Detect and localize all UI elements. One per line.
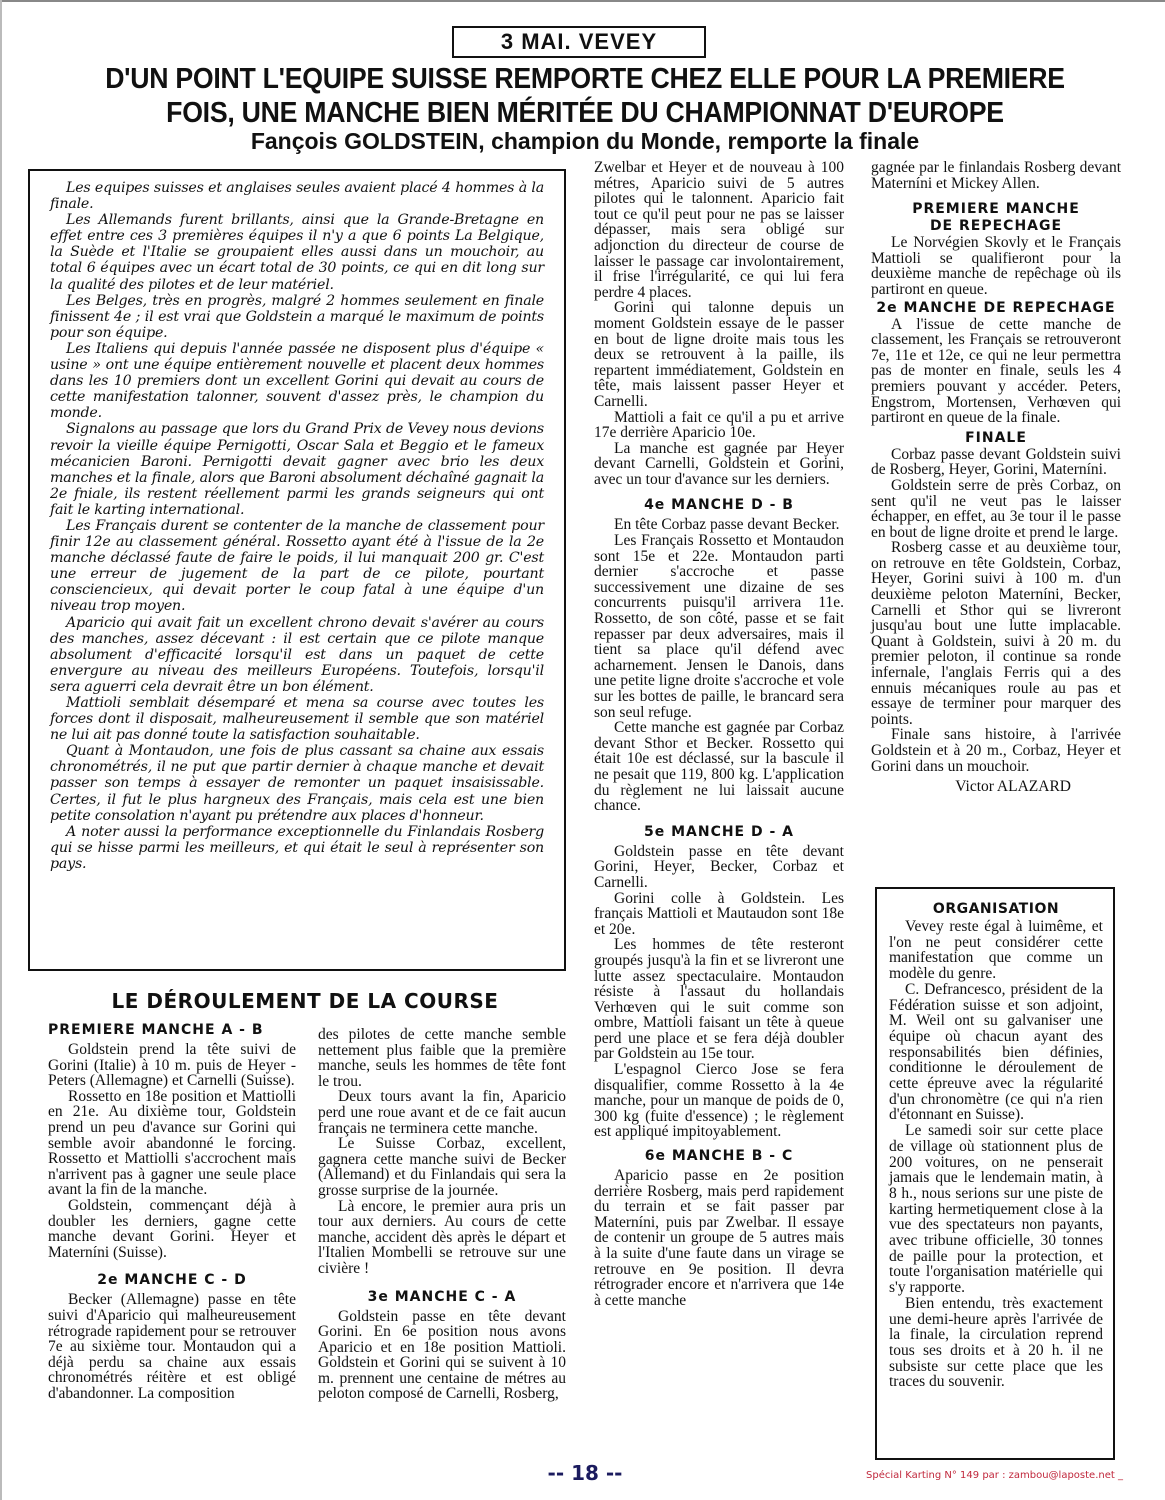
headline: D'UN POINT L'EQUIPE SUISSE REMPORTE CHEZ… [65, 62, 1105, 130]
paragraph: Le Suisse Corbaz, excellent, gagnera cet… [318, 1136, 566, 1198]
intro-paragraph: Les equipes suisses et anglaises seules … [50, 180, 544, 212]
intro-paragraph: Aparicio qui avait fait un excellent chr… [50, 615, 544, 695]
intro-paragraph: Signalons au passage que lors du Grand P… [50, 421, 544, 518]
column-2: des pilotes de cette manche semble nette… [318, 1027, 566, 1402]
heading-finale: FINALE [871, 430, 1121, 447]
page-border-top [0, 0, 1165, 2]
paragraph: Mattioli a fait ce qu'il a pu et arrive … [594, 410, 844, 441]
column-4: gagnée par le finlandais Rosberg devant … [871, 160, 1121, 796]
page-border-left [0, 0, 2, 1500]
intro-paragraph: Quant à Montaudon, une fois de plus cass… [50, 743, 544, 823]
paragraph: L'espagnol Cierco Jose se fera disqualif… [594, 1062, 844, 1140]
paragraph: Aparicio passe en 2e position derrière R… [594, 1168, 844, 1308]
section-title-deroulement: LE DÉROULEMENT DE LA COURSE [40, 988, 570, 1014]
heading-manche-2: 2e MANCHE C - D [48, 1272, 296, 1289]
subheadline: Fançois GOLDSTEIN, champion du Monde, re… [20, 127, 1150, 155]
paragraph: Goldstein serre de près Corbaz, on sent … [871, 478, 1121, 540]
intro-box: Les equipes suisses et anglaises seules … [28, 169, 566, 971]
paragraph: Cette manche est gagnée par Corbaz devan… [594, 720, 844, 814]
paragraph: Zwelbar et Heyer et de nouveau à 100 mét… [594, 160, 844, 300]
author-signature: Victor ALAZARD [871, 778, 1071, 796]
heading-manche-5: 5e MANCHE D - A [594, 824, 844, 841]
intro-paragraph: Les Italiens qui depuis l'année passée n… [50, 341, 544, 421]
page-number: -- 18 -- [535, 1461, 635, 1485]
intro-paragraph: Les Belges, très en progrès, malgré 2 ho… [50, 293, 544, 341]
paragraph: des pilotes de cette manche semble nette… [318, 1027, 566, 1089]
paragraph: Les Français Rossetto et Montaudon sont … [594, 533, 844, 720]
heading-repechage-2: 2e MANCHE DE REPECHAGE [871, 300, 1121, 317]
paragraph: Là encore, le premier aura pris un tour … [318, 1199, 566, 1277]
paragraph: Bien entendu, très exactement une demi-h… [889, 1296, 1103, 1390]
heading-repechage-1: PREMIERE MANCHE DE REPECHAGE [871, 201, 1121, 235]
organisation-box: ORGANISATION Vevey reste égal à luimême,… [875, 887, 1115, 1460]
intro-paragraph: Les Allemands furent brillants, ainsi qu… [50, 212, 544, 292]
column-1: PREMIERE MANCHE A - B Goldstein prend la… [48, 1022, 296, 1401]
paragraph: Vevey reste égal à luimême, et l'on ne p… [889, 919, 1103, 982]
footer-credit: Spécial Karting N° 149 par : zambou@lapo… [866, 1470, 1161, 1481]
date-location-box: 3 MAI. VEVEY [452, 26, 706, 58]
paragraph: Becker (Allemagne) passe en tête suivi d… [48, 1292, 296, 1401]
paragraph: Gorini qui talonne depuis un moment Gold… [594, 300, 844, 409]
paragraph: Le Norvégien Skovly et le Français Matti… [871, 235, 1121, 297]
heading-manche-3: 3e MANCHE C - A [318, 1289, 566, 1306]
paragraph: Les hommes de tête resteront groupés jus… [594, 937, 844, 1062]
headline-line-1: D'UN POINT L'EQUIPE SUISSE REMPORTE CHEZ… [65, 62, 1105, 96]
heading-manche-1: PREMIERE MANCHE A - B [48, 1022, 296, 1039]
paragraph: La manche est gagnée par Heyer devant Ca… [594, 441, 844, 488]
paragraph: Gorini colle à Goldstein. Les français M… [594, 891, 844, 938]
paragraph: Goldstein, commençant déjà à doubler les… [48, 1198, 296, 1260]
paragraph: Goldstein passe en tête devant Gorini. E… [318, 1309, 566, 1403]
paragraph: A l'issue de cette manche de classement,… [871, 317, 1121, 426]
paragraph: Goldstein prend la tête suivi de Gorini … [48, 1042, 296, 1089]
paragraph: Corbaz passe devant Goldstein suivi de R… [871, 447, 1121, 478]
paragraph: Rosberg casse et au deuxième tour, on re… [871, 540, 1121, 727]
heading-manche-6: 6e MANCHE B - C [594, 1148, 844, 1165]
intro-paragraph: Les Français durent se contenter de la m… [50, 518, 544, 615]
paragraph: C. Defrancesco, président de la Fédérati… [889, 982, 1103, 1123]
column-3: Zwelbar et Heyer et de nouveau à 100 mét… [594, 160, 844, 1308]
heading-manche-4: 4e MANCHE D - B [594, 497, 844, 514]
paragraph: Rossetto en 18e position et Mattiolli en… [48, 1089, 296, 1198]
paragraph: Le samedi soir sur cette place de villag… [889, 1123, 1103, 1296]
paragraph: Deux tours avant la fin, Aparicio perd u… [318, 1089, 566, 1136]
headline-line-2: FOIS, UNE MANCHE BIEN MÉRITÉE DU CHAMPIO… [65, 96, 1105, 130]
heading-organisation: ORGANISATION [889, 901, 1103, 918]
paragraph: gagnée par le finlandais Rosberg devant … [871, 160, 1121, 191]
heading-repechage-1-line-1: PREMIERE MANCHE [871, 201, 1121, 218]
paragraph: Goldstein passe en tête devant Gorini, H… [594, 844, 844, 891]
intro-paragraph: A noter aussi la performance exceptionne… [50, 824, 544, 872]
heading-repechage-1-line-2: DE REPECHAGE [871, 218, 1121, 235]
paragraph: Finale sans histoire, à l'arrivée Goldst… [871, 727, 1121, 774]
paragraph: En tête Corbaz passe devant Becker. [594, 517, 844, 533]
intro-paragraph: Mattioli semblait désemparé et mena sa c… [50, 695, 544, 743]
